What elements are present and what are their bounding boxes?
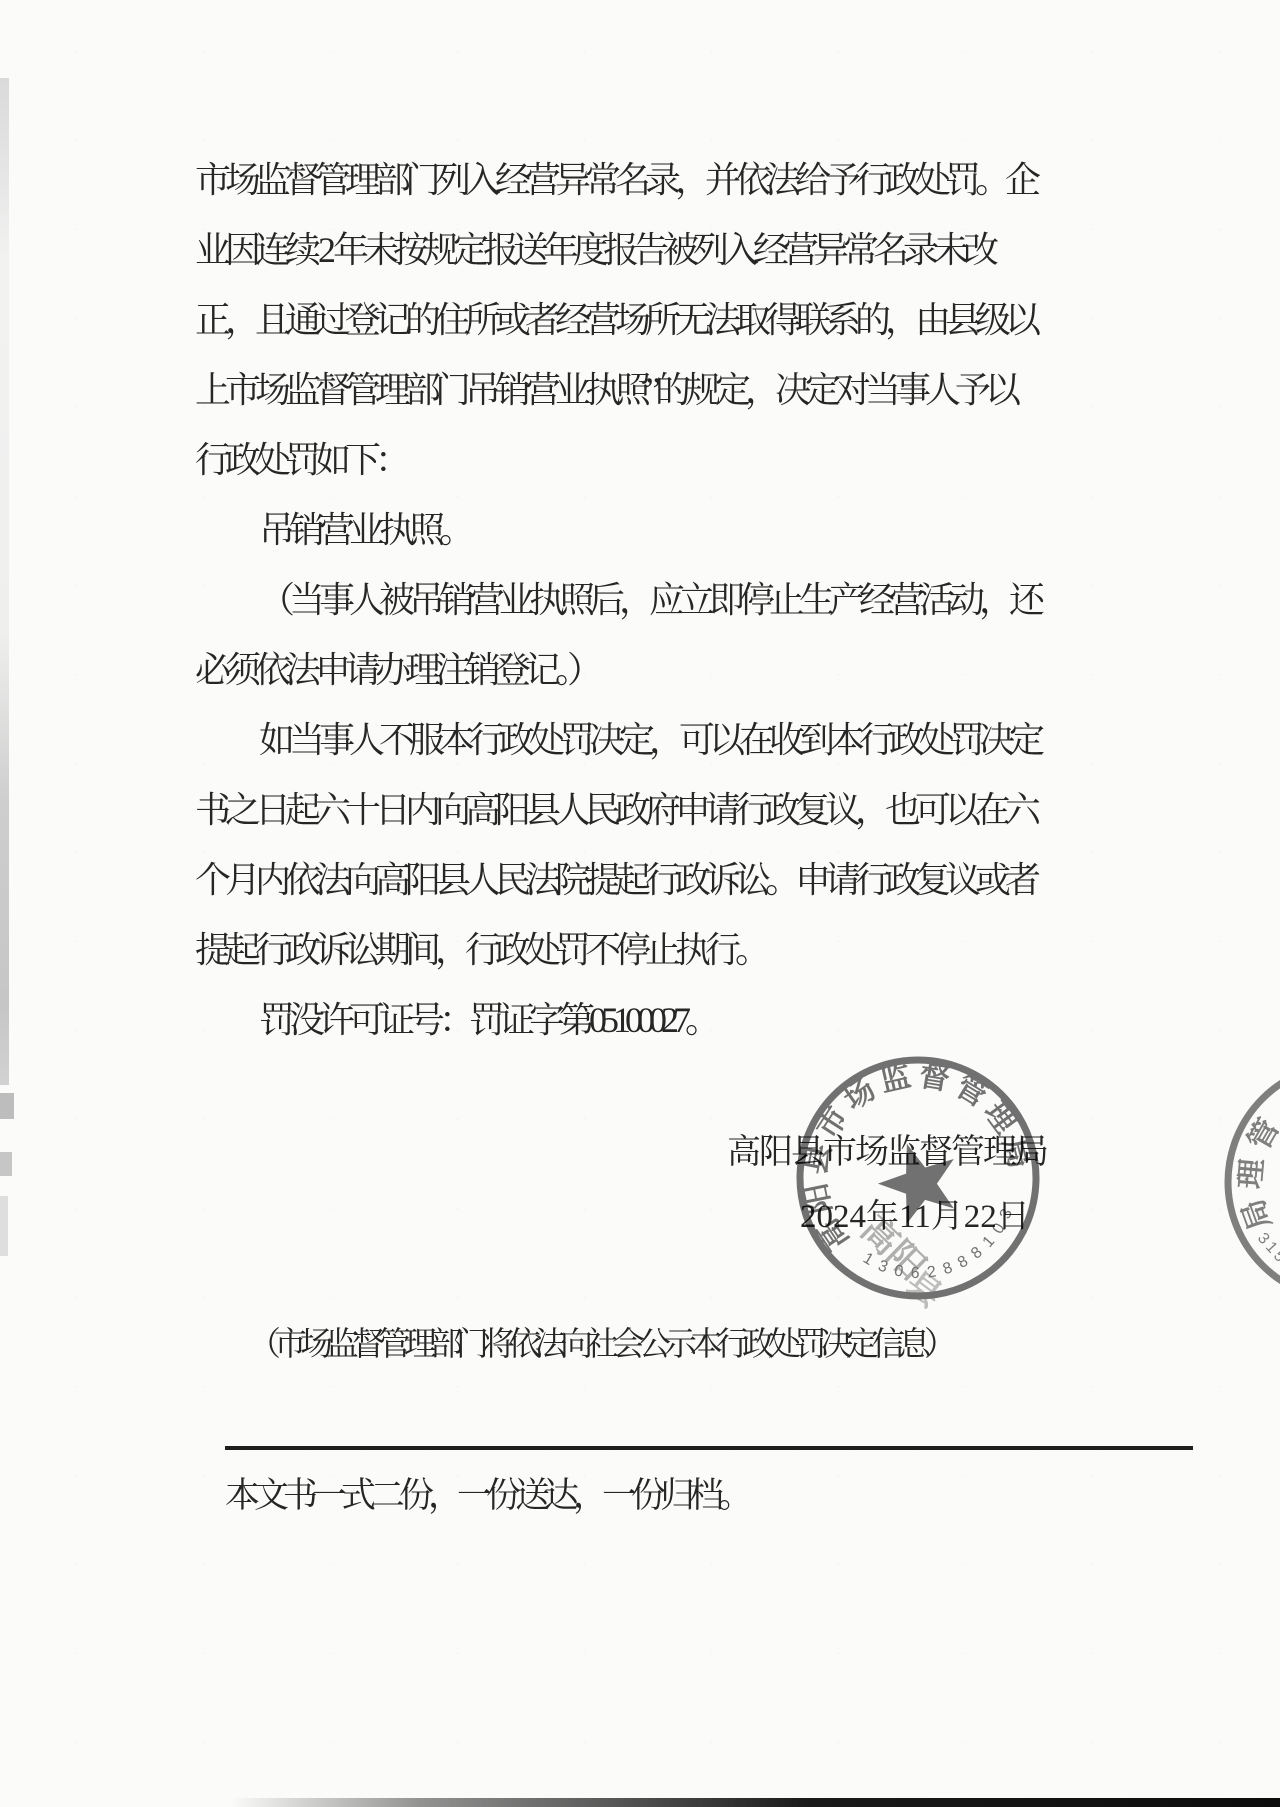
footer-divider xyxy=(225,1446,1193,1450)
official-seal: 高阳县市场监督管理局 13062888103 高阳 县 xyxy=(786,1046,1050,1310)
document-line: 市场监督管理部门列入经营异常名录，并依法给予行政处罚。企 xyxy=(195,145,1045,215)
document-line: 业因连续 2 年未按规定报送年度报告被列入经营异常名录未改 xyxy=(195,215,1045,285)
document-page: 市场监督管理部门列入经营异常名录，并依法给予行政处罚。企 业因连续 2 年未按规… xyxy=(0,0,1280,1807)
document-line: （当事人被吊销营业执照后，应立即停止生产经营活动，还 xyxy=(195,565,1045,635)
scan-artifact-mark xyxy=(0,1093,14,1119)
document-line: 书之日起六十日内向高阳县人民政府申请行政复议，也可以在六 xyxy=(195,775,1045,845)
scan-artifact-mark xyxy=(0,1196,8,1256)
seal-edge-char: 理 xyxy=(1234,1157,1269,1190)
scan-artifact-mark xyxy=(0,1152,12,1176)
document-body: 市场监督管理部门列入经营异常名录，并依法给予行政处罚。企 业因连续 2 年未按规… xyxy=(195,145,1045,1055)
document-line-license-no: 罚没许可证号：罚证字第05100027。 xyxy=(195,985,1045,1055)
document-line: 正，且通过登记的住所或者经营场所无法取得联系的，由县级以 xyxy=(195,285,1045,355)
scan-artifact-left-streak xyxy=(0,78,9,1085)
seal-edge-char: 局 xyxy=(1236,1195,1277,1234)
footer-note: 本文书一式二份，一份送达，一份归档。 xyxy=(225,1468,747,1518)
document-line: 个月内依法向高阳县人民法院提起行政诉讼。申请行政复议或者 xyxy=(195,845,1045,915)
document-line: 必须依法申请办理注销登记。） xyxy=(195,635,1045,705)
document-line: 上市场监督管理部门吊销营业执照”的规定，决定对当事人予以 xyxy=(195,355,1045,425)
document-line: 提起行政诉讼期间，行政处罚不停止执行。 xyxy=(195,915,1045,985)
public-notice-line: （市场监督管理部门将依法向社会公示本行政处罚决定信息） xyxy=(248,1318,950,1365)
document-line-penalty: 吊销营业执照。 xyxy=(195,495,1045,565)
document-line: 如当事人不服本行政处罚决定，可以在收到本行政处罚决定 xyxy=(195,705,1045,775)
scan-artifact-bottom-band xyxy=(230,1798,1280,1807)
official-seal-edge: 管 理 局 315 xyxy=(1196,1032,1280,1332)
document-line: 行政处罚如下： xyxy=(195,425,1045,495)
